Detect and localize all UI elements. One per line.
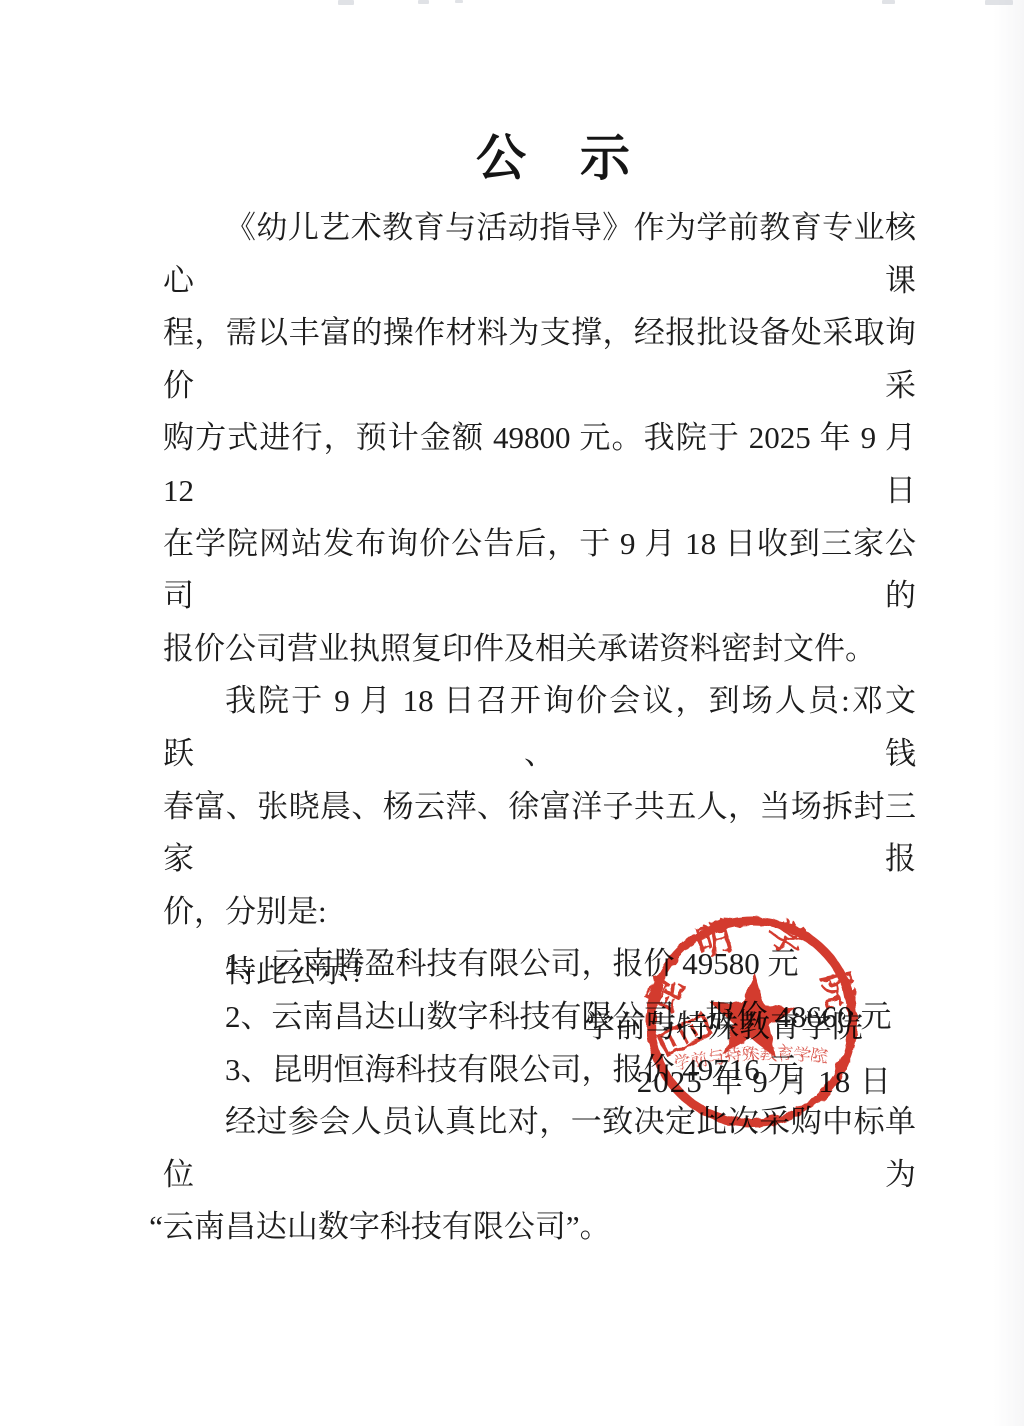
page-title: 公 示 bbox=[42, 118, 1024, 190]
paragraph-line: 《幼儿艺术教育与活动指导》作为学前教育专业核心课 bbox=[163, 202, 916, 307]
seal-code-box bbox=[659, 1014, 711, 1055]
scan-artifact bbox=[882, 0, 895, 4]
notice-page: 公 示 《幼儿艺术教育与活动指导》作为学前教育专业核心课 程，需以丰富的操作材料… bbox=[0, 0, 1024, 1426]
scan-artifact bbox=[338, 0, 354, 5]
paragraph-line: 报价公司营业执照复印件及相关承诺资料密封文件。 bbox=[163, 623, 916, 676]
paragraph-line: 在学院网站发布询价公告后，于 9 月 18 日收到三家公司的 bbox=[163, 518, 916, 623]
official-seal-stamp: 昆明学院 学前与特殊教育学院 bbox=[633, 903, 871, 1141]
paragraph-line: 程，需以丰富的操作材料为支撑，经报批设备处采取询价采 bbox=[163, 307, 916, 412]
paragraph-line: 春富、张晓晨、杨云萍、徐富洋子共五人，当场拆封三家报 bbox=[163, 781, 916, 886]
scan-artifact bbox=[985, 0, 1013, 5]
paragraph-line: “云南昌达山数字科技有限公司”。 bbox=[163, 1201, 916, 1254]
scan-artifact bbox=[418, 0, 429, 4]
scan-artifact bbox=[455, 0, 463, 3]
paragraph-line: 购方式进行，预计金额 49800 元。我院于 2025 年 9 月 12 日 bbox=[163, 412, 916, 517]
closing-statement: 特此公示！ bbox=[163, 946, 380, 991]
seal-inner-text: 学前与特殊教育学院 bbox=[672, 1044, 828, 1074]
paragraph-line: 我院于 9 月 18 日召开询价会议，到场人员:邓文跃、钱 bbox=[163, 675, 916, 780]
